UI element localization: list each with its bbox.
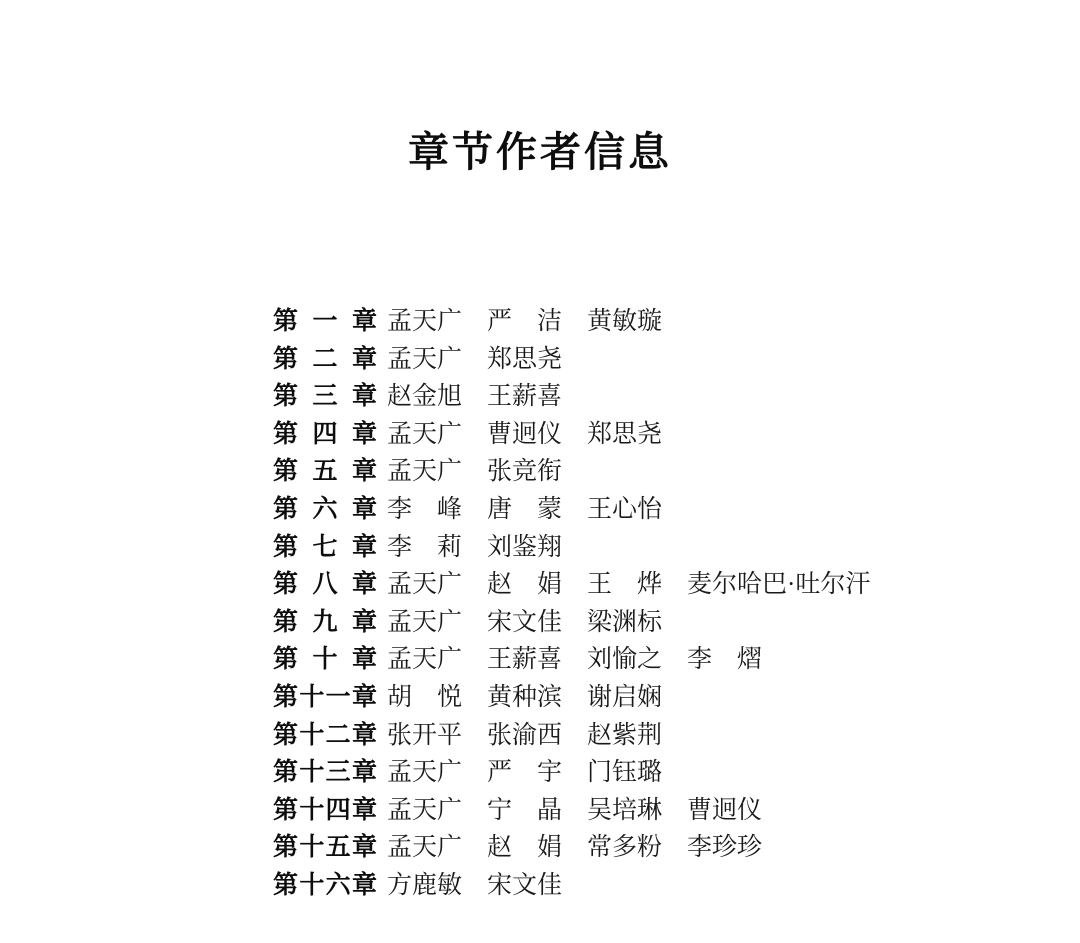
chapter-row: 第十六章方鹿敏宋文佳: [273, 865, 1080, 903]
chapter-row: 第 六 章李 峰唐 蒙王心怡: [273, 489, 1080, 527]
chapter-label: 第 十 章: [273, 639, 377, 675]
chapter-row: 第 八 章孟天广赵 娟王 烨麦尔哈巴·吐尔汗: [273, 564, 1080, 602]
author-name: 孟天广: [387, 639, 462, 675]
author-name: 赵紫荆: [587, 715, 662, 751]
chapter-label: 第十二章: [273, 715, 377, 751]
chapter-label: 第 九 章: [273, 602, 377, 638]
chapter-row: 第 十 章孟天广王薪喜刘愉之李 熠: [273, 639, 1080, 677]
author-name: 曹迥仪: [487, 414, 562, 450]
author-name: 常多粉: [587, 827, 662, 863]
author-name: 宋文佳: [487, 865, 562, 901]
chapter-label: 第 一 章: [273, 301, 377, 337]
author-name: 胡 悦: [387, 677, 462, 713]
chapter-label: 第 四 章: [273, 414, 377, 450]
author-name: 王心怡: [587, 489, 662, 525]
author-name: 宋文佳: [487, 602, 562, 638]
author-name: 黄敏璇: [587, 301, 662, 337]
author-name: 孟天广: [387, 564, 462, 600]
chapter-row: 第十四章孟天广宁 晶吴培琳曹迥仪: [273, 790, 1080, 828]
author-name: 孟天广: [387, 451, 462, 487]
author-name: 吴培琳: [587, 790, 662, 826]
author-name: 刘鉴翔: [487, 527, 562, 563]
author-name: 张开平: [387, 715, 462, 751]
chapter-label: 第十六章: [273, 865, 377, 901]
author-name: 孟天广: [387, 790, 462, 826]
author-name: 赵金旭: [387, 376, 462, 412]
chapter-label: 第 三 章: [273, 376, 377, 412]
author-name: 李 莉: [387, 527, 462, 563]
author-name: 方鹿敏: [387, 865, 462, 901]
chapter-row: 第十五章孟天广赵 娟常多粉李珍珍: [273, 827, 1080, 865]
author-name: 孟天广: [387, 301, 462, 337]
chapter-row: 第十一章胡 悦黄种滨谢启娴: [273, 677, 1080, 715]
chapter-label: 第 六 章: [273, 489, 377, 525]
author-name: 门钰璐: [587, 752, 662, 788]
author-name: 李 熠: [687, 639, 762, 675]
author-name: 曹迥仪: [687, 790, 762, 826]
author-name: 刘愉之: [587, 639, 662, 675]
author-name: 麦尔哈巴·吐尔汗: [687, 564, 870, 600]
author-name: 孟天广: [387, 414, 462, 450]
author-name: 李 峰: [387, 489, 462, 525]
author-name: 李珍珍: [687, 827, 762, 863]
chapter-label: 第十五章: [273, 827, 377, 863]
chapter-row: 第 七 章李 莉刘鉴翔: [273, 527, 1080, 565]
author-name: 黄种滨: [487, 677, 562, 713]
author-name: 孟天广: [387, 602, 462, 638]
author-name: 唐 蒙: [487, 489, 562, 525]
author-name: 谢启娴: [587, 677, 662, 713]
chapter-row: 第十三章孟天广严 宇门钰璐: [273, 752, 1080, 790]
chapter-author-list: 第 一 章孟天广严 洁黄敏璇第 二 章孟天广郑思尧第 三 章赵金旭王薪喜第 四 …: [273, 301, 1080, 903]
chapter-label: 第 八 章: [273, 564, 377, 600]
chapter-row: 第 一 章孟天广严 洁黄敏璇: [273, 301, 1080, 339]
author-name: 王薪喜: [487, 376, 562, 412]
author-name: 张竞衔: [487, 451, 562, 487]
chapter-row: 第十二章张开平张渝西赵紫荆: [273, 715, 1080, 753]
author-name: 梁渊标: [587, 602, 662, 638]
chapter-row: 第 二 章孟天广郑思尧: [273, 339, 1080, 377]
author-name: 郑思尧: [587, 414, 662, 450]
chapter-row: 第 九 章孟天广宋文佳梁渊标: [273, 602, 1080, 640]
author-name: 孟天广: [387, 752, 462, 788]
author-name: 严 洁: [487, 301, 562, 337]
author-name: 郑思尧: [487, 339, 562, 375]
author-name: 王薪喜: [487, 639, 562, 675]
chapter-label: 第 二 章: [273, 339, 377, 375]
chapter-label: 第 五 章: [273, 451, 377, 487]
author-name: 孟天广: [387, 339, 462, 375]
chapter-label: 第十三章: [273, 752, 377, 788]
chapter-row: 第 五 章孟天广张竞衔: [273, 451, 1080, 489]
author-name: 王 烨: [587, 564, 662, 600]
chapter-row: 第 四 章孟天广曹迥仪郑思尧: [273, 414, 1080, 452]
chapter-label: 第十一章: [273, 677, 377, 713]
author-name: 宁 晶: [487, 790, 562, 826]
author-name: 赵 娟: [487, 827, 562, 863]
page-title: 章节作者信息: [0, 0, 1080, 175]
author-name: 严 宇: [487, 752, 562, 788]
author-name: 张渝西: [487, 715, 562, 751]
chapter-row: 第 三 章赵金旭王薪喜: [273, 376, 1080, 414]
chapter-label: 第十四章: [273, 790, 377, 826]
author-name: 赵 娟: [487, 564, 562, 600]
chapter-label: 第 七 章: [273, 527, 377, 563]
document-page: 章节作者信息 第 一 章孟天广严 洁黄敏璇第 二 章孟天广郑思尧第 三 章赵金旭…: [0, 0, 1080, 943]
author-name: 孟天广: [387, 827, 462, 863]
